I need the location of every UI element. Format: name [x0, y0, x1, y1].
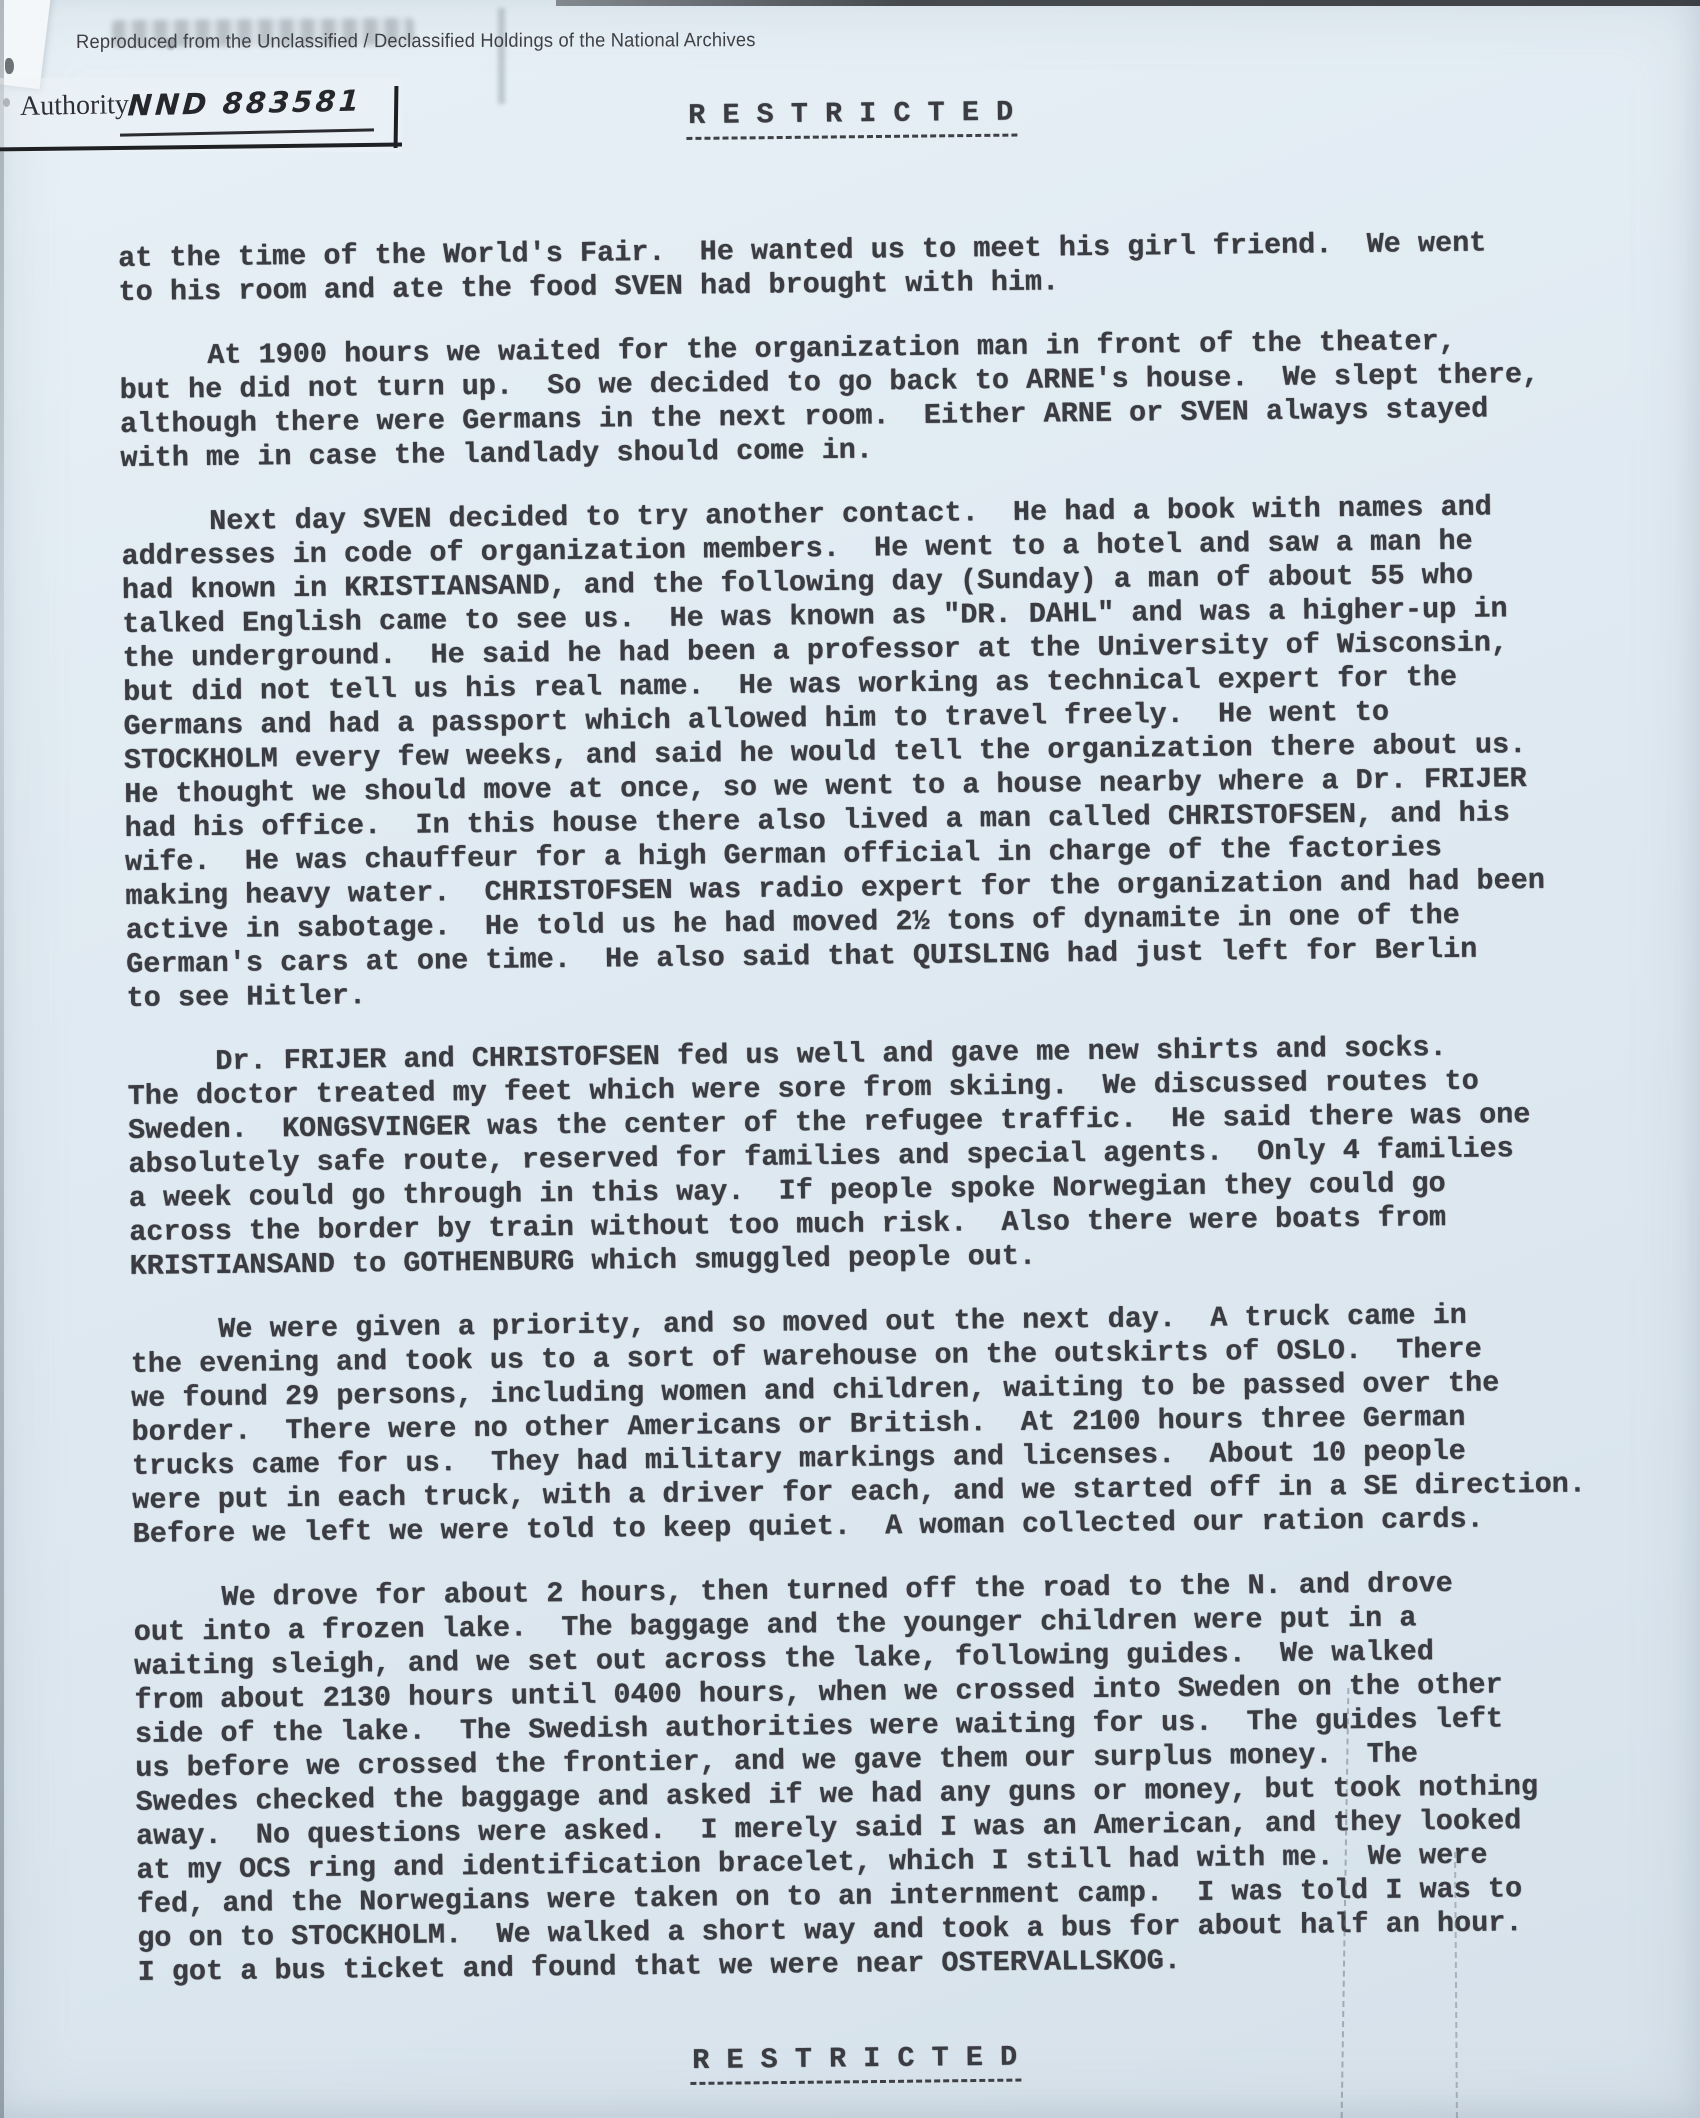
- fold-streak-artifact: [498, 8, 505, 104]
- paragraph: At 1900 hours we waited for the organiza…: [119, 324, 1574, 476]
- authority-number: NND 883581: [127, 84, 363, 123]
- archives-reproduction-note: Reproduced from the Unclassified / Decla…: [76, 29, 756, 54]
- declassification-authority-stamp: Authority NND 883581: [0, 78, 402, 152]
- authority-underline: [120, 128, 374, 136]
- paragraph: Next day SVEN decided to try another con…: [121, 489, 1580, 1015]
- report-body-text: at the time of the World's Fair. He want…: [118, 226, 1591, 1990]
- ink-speck: [5, 58, 14, 74]
- classification-footer: R E S T R I C T E D: [690, 2041, 1021, 2085]
- stamp-box-bottom-border: [0, 143, 402, 152]
- scan-top-edge-artifact: [556, 0, 1700, 6]
- torn-corner-artifact: [0, 0, 52, 89]
- paragraph: Dr. FRIJER and CHRISTOFSEN fed us well a…: [127, 1029, 1583, 1283]
- paragraph: at the time of the World's Fair. He want…: [118, 226, 1572, 310]
- scan-left-edge-artifact: [0, 0, 4, 2118]
- scanned-document-page: Reproduced from the Unclassified / Decla…: [0, 0, 1700, 2118]
- classification-header: R E S T R I C T E D: [686, 96, 1017, 140]
- stamp-box-right-border: [394, 86, 399, 148]
- authority-label: Authority: [20, 89, 129, 123]
- paragraph: We were given a priority, and so moved o…: [130, 1297, 1586, 1551]
- paragraph: We drove for about 2 hours, then turned …: [133, 1565, 1591, 1989]
